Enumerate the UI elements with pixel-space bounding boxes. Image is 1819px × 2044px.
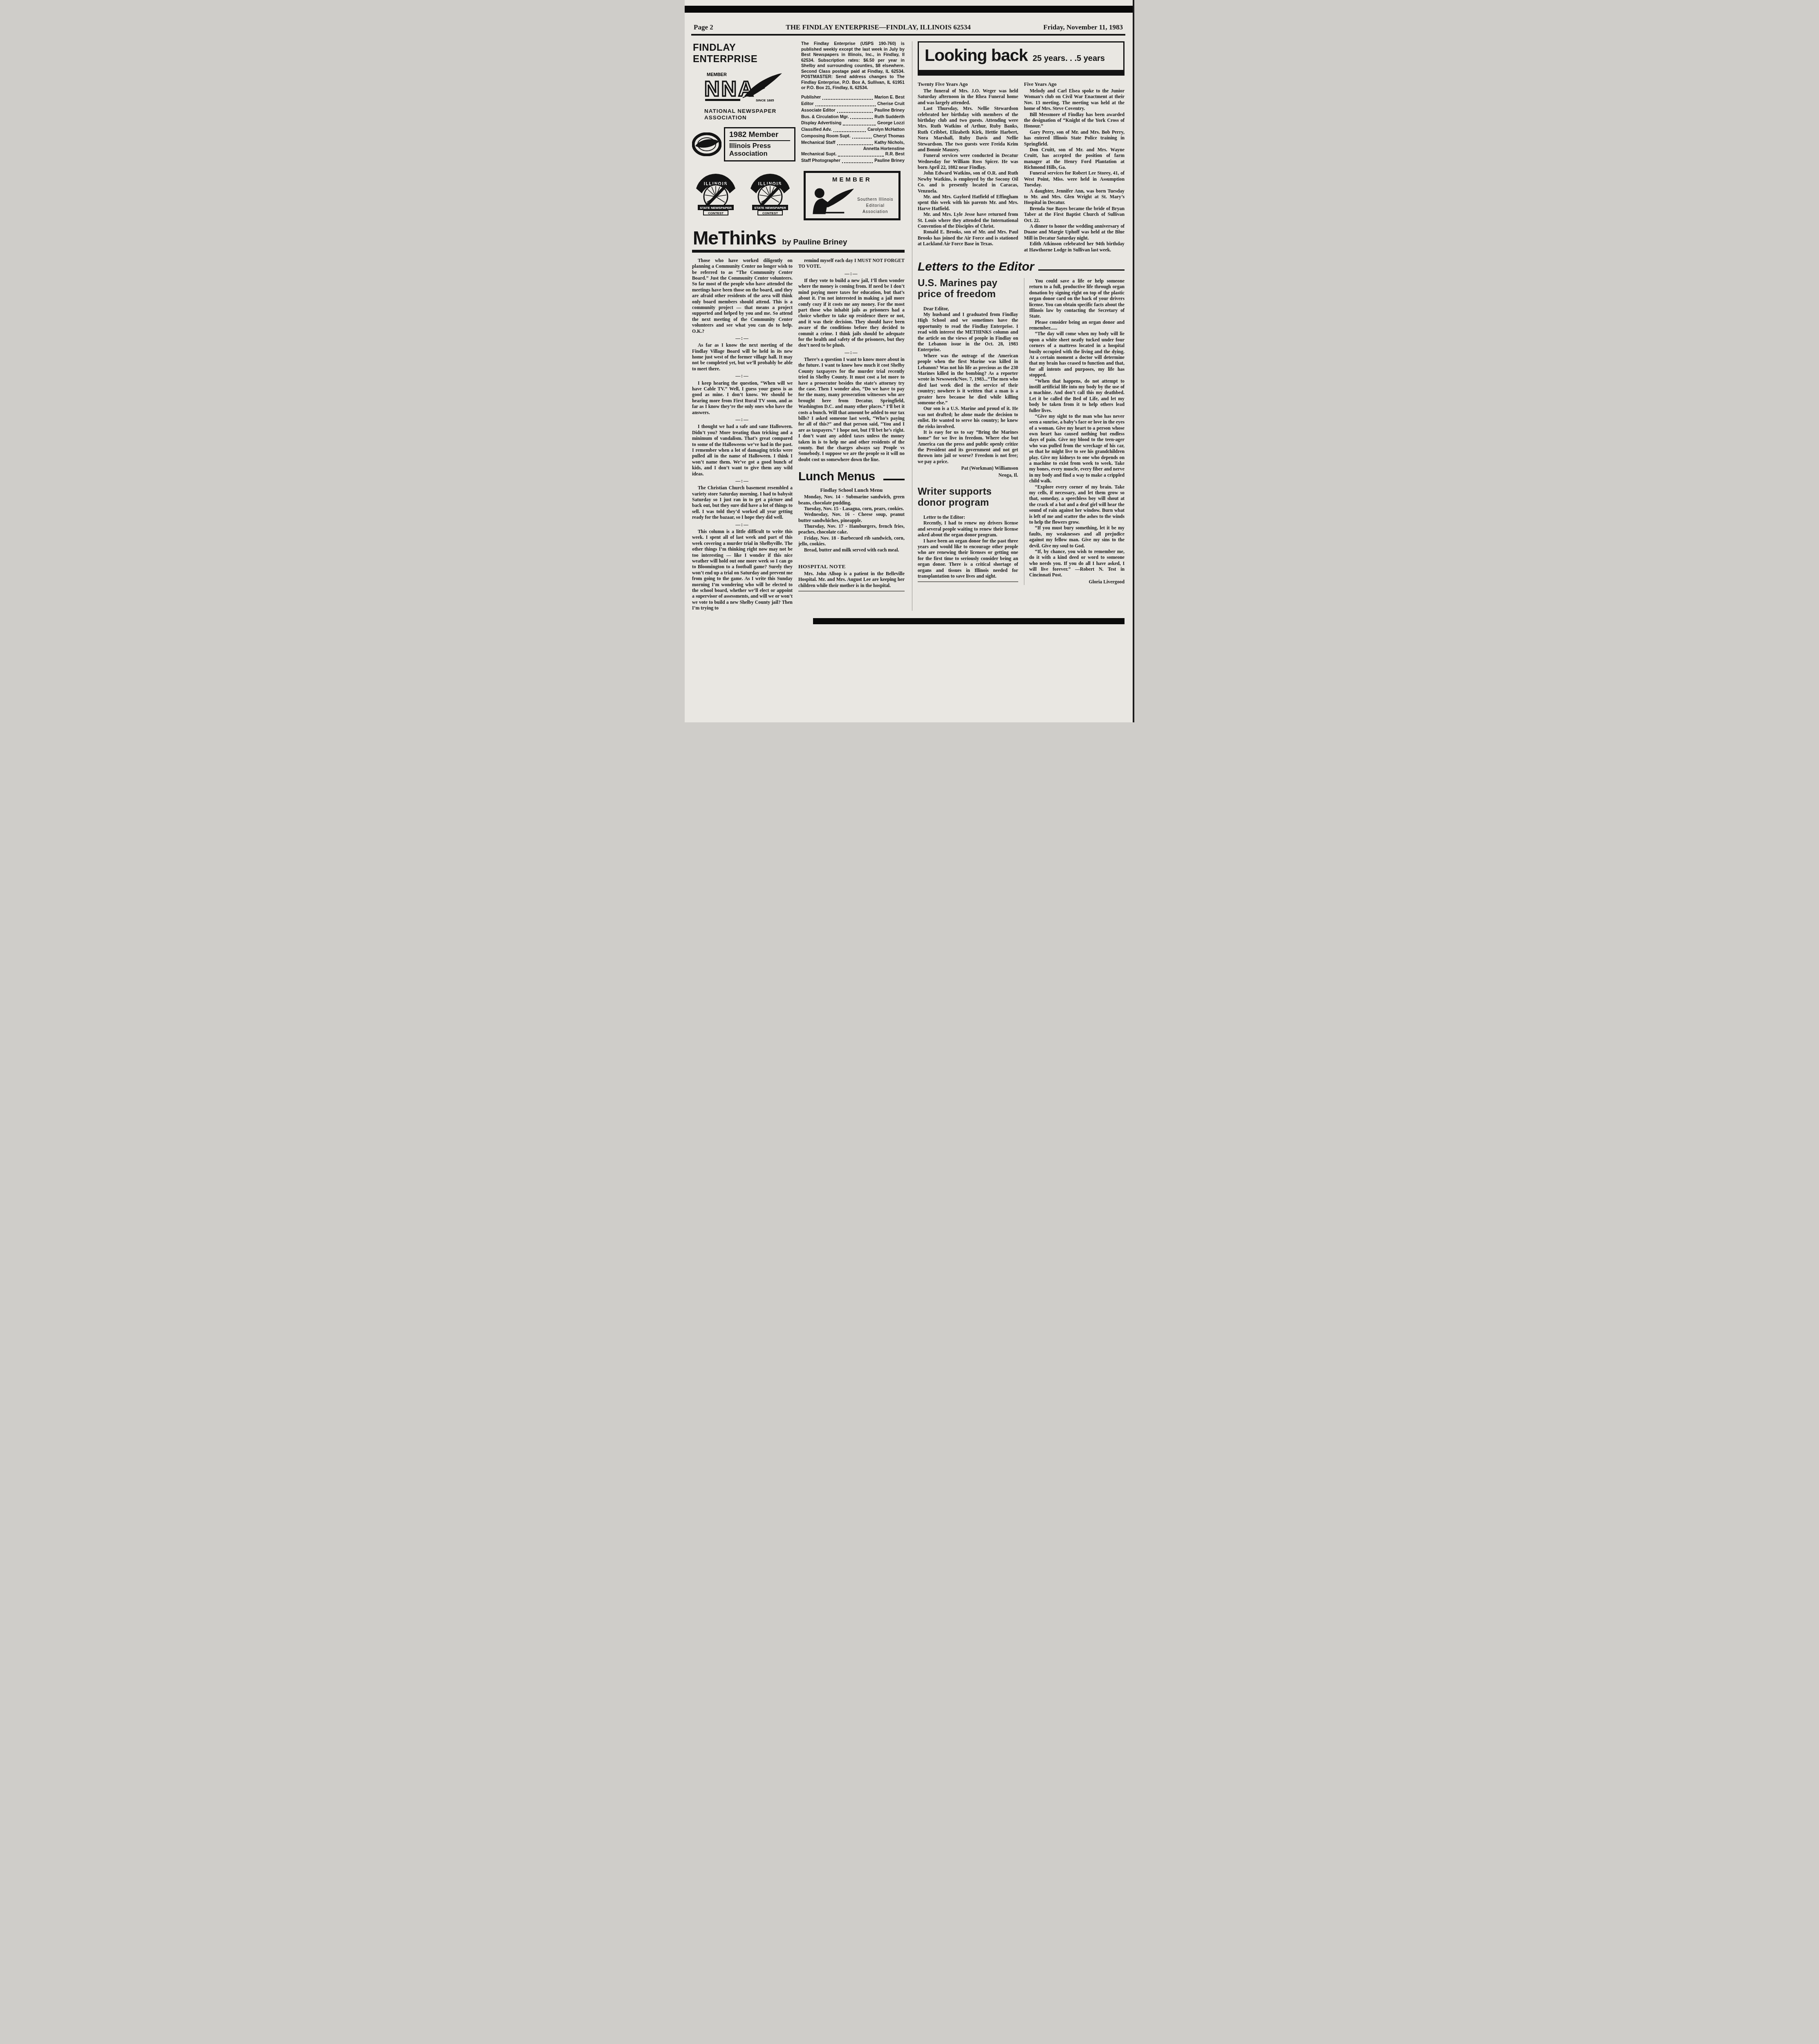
staff-name: Marion E. Best xyxy=(874,94,905,101)
editorial-association-name: Southern Illinois Editorial Association xyxy=(856,197,894,215)
svg-text:STATE NEWSPAPER: STATE NEWSPAPER xyxy=(754,206,786,210)
methinks-column-2: remind myself each day I MUST NOT FORGET… xyxy=(798,258,905,611)
paragraph: You could save a life or help someone re… xyxy=(1029,278,1125,319)
letters-section-header: Letters to the Editor xyxy=(918,260,1125,274)
paragraph: Funeral services were conducted in Decat… xyxy=(918,152,1018,170)
marines-letter-location: Neoga, Il. xyxy=(918,472,1018,478)
letters-header-rule xyxy=(1038,269,1125,271)
looking-back-title: Looking back xyxy=(925,46,1028,65)
page-body: FINDLAY ENTERPRISE MEMBER NNA SINCE 1885… xyxy=(692,41,1125,611)
paragraph: Brenda Sue Bayes became the bride of Bry… xyxy=(1024,206,1125,223)
paragraph: Bill Messmore of Findlay has been awarde… xyxy=(1024,112,1125,129)
staff-list-item: Composing Room Supt. Cheryl Thomas xyxy=(801,133,905,140)
staff-role: Mechanical Staff xyxy=(801,140,836,146)
menu-item: Wednesday, Nov. 16 - Cheese soup, peanut… xyxy=(798,511,905,523)
lunch-menu-subtitle: Findlay School Lunch Menu xyxy=(798,487,905,493)
paragraph: Those who have worked diligently on plan… xyxy=(692,258,793,334)
column-end-rule xyxy=(798,591,905,592)
nna-logo-icon: MEMBER NNA SINCE 1885 xyxy=(703,71,785,106)
writer-quill-icon xyxy=(810,185,855,215)
issue-date: Friday, November 11, 1983 xyxy=(1043,23,1123,31)
twenty-five-years-heading: Twenty Five Years Ago xyxy=(918,81,1018,87)
newspaper-page: Page 2 THE FINDLAY ENTERPRISE—FINDLAY, I… xyxy=(685,0,1134,722)
staff-name: Pauline Briney xyxy=(874,158,905,164)
paragraph: Mr. and Mrs. Lyle Jesse have returned fr… xyxy=(918,211,1018,229)
paragraph: A dinner to honor the wedding anniversar… xyxy=(1024,223,1125,241)
svg-text:MEMBER: MEMBER xyxy=(707,72,727,77)
staff-list-item: Display Advertising George Lozzi xyxy=(801,120,905,127)
paragraph: My husband and I graduated from Findlay … xyxy=(918,312,1018,353)
paragraph: A daughter, Jennifer Ann, was born Tuesd… xyxy=(1024,188,1125,206)
left-half: FINDLAY ENTERPRISE MEMBER NNA SINCE 1885… xyxy=(692,41,905,611)
staff-list: Publisher Marion E. Best Editor xyxy=(801,94,905,164)
staff-list-item: Mechanical Supt. R.R. Best xyxy=(801,151,905,158)
lunch-menus-rule xyxy=(883,479,905,480)
paragraph: John Edward Watkins, son of O.R. and Rut… xyxy=(918,170,1018,194)
staff-name: Carolyn McHatton xyxy=(867,127,905,133)
dot-leader xyxy=(822,99,873,100)
state-newspaper-contest-badge-icon: ILLINOIS STATE NEWSPAPER xyxy=(693,172,739,216)
looking-back-box: Looking back 25 years. . .5 years xyxy=(918,41,1125,76)
paragraph: I keep hearing the question, “When will … xyxy=(692,380,793,415)
dot-leader xyxy=(850,118,873,119)
staff-list-item: Mechanical Staff Kathy Nichols, Annetta … xyxy=(801,140,905,151)
staff-name: Ruth Sudderth xyxy=(874,114,905,121)
staff-name: Cherise Cruit xyxy=(877,101,905,108)
marines-letter-headline: U.S. Marines pay price of freedom xyxy=(918,278,1018,300)
dot-leader xyxy=(843,125,876,126)
right-half: Looking back 25 years. . .5 years Twenty… xyxy=(912,41,1125,611)
methinks-title: MeThinks xyxy=(693,227,776,249)
paragraph: Please consider being an organ donor and… xyxy=(1029,319,1125,331)
donor-letter-signature: Gloria Livergood xyxy=(1029,579,1125,585)
paragraph: Last Thursday, Mrs. Nellie Stewardson ce… xyxy=(918,105,1018,152)
paragraph: —:— xyxy=(692,478,793,484)
methinks-byline: by Pauline Briney xyxy=(782,238,847,247)
paragraph: “When that happens, do not attempt to in… xyxy=(1029,378,1125,413)
marines-letter-signature: Pat (Workman) Williamson xyxy=(918,465,1018,471)
staff-role: Staff Photographer xyxy=(801,158,840,164)
staff-list-item: Classified Adv. Carolyn McHatton xyxy=(801,127,905,133)
illinois-press-association-box: 1982 Member Illinois Press Association xyxy=(724,127,795,161)
svg-text:NNA: NNA xyxy=(704,77,755,101)
header-rule xyxy=(691,34,1125,36)
letters-section-title: Letters to the Editor xyxy=(918,260,1034,274)
column-end-rule xyxy=(918,581,1018,582)
staff-name: Cheryl Thomas xyxy=(873,133,905,140)
twenty-five-years-text: The funeral of Mrs. J.O. Weger was held … xyxy=(918,88,1018,247)
methinks-header: MeThinks by Pauline Briney xyxy=(693,227,905,249)
staff-name: Pauline Briney xyxy=(874,108,905,114)
hospital-note-title: HOSPITAL NOTE xyxy=(798,563,905,570)
lunch-menu-list: Monday, Nov. 14 - Submarine sandwich, gr… xyxy=(798,494,905,553)
paragraph: The Christian Church basement resembled … xyxy=(692,485,793,520)
staff-name: George Lozzi xyxy=(877,120,905,127)
masthead-logos-column: FINDLAY ENTERPRISE MEMBER NNA SINCE 1885… xyxy=(692,41,795,220)
scan-artifact-top-bar xyxy=(685,6,1133,13)
looking-back-subtitle: 25 years. . .5 years xyxy=(1033,54,1105,63)
staff-list-item: Associate Editor Pauline Briney xyxy=(801,108,905,114)
masthead-title: THE FINDLAY ENTERPRISE—FINDLAY, ILLINOIS… xyxy=(713,23,1044,31)
paragraph: —:— xyxy=(692,335,793,341)
staff-list-item: Bus. & Circulation Mgr. Ruth Sudderth xyxy=(801,114,905,121)
staff-role: Publisher xyxy=(801,94,821,101)
paragraph: As far as I know the next meeting of the… xyxy=(692,342,793,372)
dot-leader xyxy=(842,162,873,163)
menu-item: Bread, butter and milk served with each … xyxy=(798,547,905,553)
publication-info: The Findlay Enterprise (USPS 190-760) is… xyxy=(801,41,905,91)
paragraph: “If you must bury something, let it be m… xyxy=(1029,525,1125,549)
staff-role: Associate Editor xyxy=(801,108,836,114)
menu-item: Friday, Nov. 18 - Barbecued rib sandwich… xyxy=(798,535,905,547)
paragraph: “Explore every corner of my brain. Take … xyxy=(1029,484,1125,525)
donor-letter-headline: Writer supports donor program xyxy=(918,486,1018,509)
paragraph: Where was the outrage of the American pe… xyxy=(918,353,1018,406)
paragraph: I have been an organ donor for the past … xyxy=(918,538,1018,579)
dot-leader xyxy=(838,156,883,157)
dot-leader xyxy=(833,131,866,132)
paragraph: If they vote to build a new jail, I’ll t… xyxy=(798,278,905,348)
scan-artifact-bottom-bar xyxy=(813,618,1125,624)
findlay-enterprise-logo: FINDLAY ENTERPRISE xyxy=(693,42,795,65)
nna-org-line1: NATIONAL NEWSPAPER xyxy=(704,108,795,114)
paragraph: —:— xyxy=(798,350,905,355)
staff-role: Classified Adv. xyxy=(801,127,832,133)
staff-role: Display Advertising xyxy=(801,120,842,127)
lunch-menus-header: Lunch Menus xyxy=(798,470,905,484)
paragraph: I thought we had a safe and sane Hallowe… xyxy=(692,424,793,477)
paragraph: Melody and Carl Elsea spoke to the Junio… xyxy=(1024,88,1125,112)
paragraph: —:— xyxy=(798,271,905,276)
menu-item: Monday, Nov. 14 - Submarine sandwich, gr… xyxy=(798,494,905,506)
paragraph: “The day will come when my body will lie… xyxy=(1029,331,1125,378)
methinks-columns: Those who have worked diligently on plan… xyxy=(692,258,905,611)
svg-text:STATE NEWSPAPER: STATE NEWSPAPER xyxy=(700,206,732,210)
contest-badges: ILLINOIS STATE NEWSPAPER xyxy=(693,172,793,216)
svg-text:SINCE 1885: SINCE 1885 xyxy=(756,99,774,102)
svg-text:CONTEST: CONTEST xyxy=(762,211,778,215)
staff-role: Composing Room Supt. xyxy=(801,133,851,140)
page-header: Page 2 THE FINDLAY ENTERPRISE—FINDLAY, I… xyxy=(692,23,1125,34)
letters-left-column: U.S. Marines pay price of freedom Dear E… xyxy=(918,278,1018,585)
paragraph: —:— xyxy=(692,417,793,422)
masthead-info-column: The Findlay Enterprise (USPS 190-760) is… xyxy=(801,41,905,220)
staff-list-item: Staff Photographer Pauline Briney xyxy=(801,158,905,164)
paragraph: The funeral of Mrs. J.O. Weger was held … xyxy=(918,88,1018,105)
paragraph: Dear Editor, xyxy=(918,306,1018,312)
paragraph: remind myself each day I MUST NOT FORGET… xyxy=(798,258,905,269)
state-newspaper-contest-badge-icon: ILLINOIS STATE NEWSPAPER xyxy=(747,172,793,216)
dot-leader xyxy=(852,138,872,139)
staff-list-item: Publisher Marion E. Best xyxy=(801,94,905,101)
paragraph: —:— xyxy=(692,522,793,527)
ipa-org-name: Illinois Press Association xyxy=(729,142,790,158)
methinks-rule xyxy=(692,250,905,253)
looking-back-columns: Twenty Five Years Ago The funeral of Mrs… xyxy=(918,81,1125,253)
paragraph: Funeral services for Robert Lee Storey, … xyxy=(1024,170,1125,188)
letters-columns: U.S. Marines pay price of freedom Dear E… xyxy=(918,278,1125,585)
paragraph: Our son is a U.S. Marine and proud of it… xyxy=(918,406,1018,429)
editorial-association-box: MEMBER Southern Illinois Editorial xyxy=(804,171,901,220)
marines-letter-text: Dear Editor,My husband and I graduated f… xyxy=(918,306,1018,465)
paragraph: Recently, I had to renew my drivers lice… xyxy=(918,520,1018,538)
paragraph: Letter to the Editor: xyxy=(918,514,1018,520)
nna-logo: MEMBER NNA SINCE 1885 NATIONAL NEWSPAPER… xyxy=(703,71,795,121)
staff-role: Editor xyxy=(801,101,814,108)
methinks-column-2-text: remind myself each day I MUST NOT FORGET… xyxy=(798,258,905,462)
eagle-seal-icon xyxy=(692,132,721,156)
paragraph: “If, by chance, you wish to remember me,… xyxy=(1029,549,1125,578)
five-years-column: Five Years Ago Melody and Carl Elsea spo… xyxy=(1024,81,1125,253)
staff-role: Mechanical Supt. xyxy=(801,151,837,158)
dot-leader xyxy=(837,112,873,113)
staff-name: R.R. Best xyxy=(885,151,905,158)
nna-org-line2: ASSOCIATION xyxy=(704,114,795,121)
lunch-menus-title: Lunch Menus xyxy=(798,470,875,484)
dot-leader xyxy=(837,144,873,145)
donor-letter-continuation: You could save a life or help someone re… xyxy=(1029,278,1125,578)
staff-name-extra: Annetta Hortenstine xyxy=(801,146,905,151)
paragraph: This column is a little difficult to wri… xyxy=(692,529,793,611)
donor-letter-text: Letter to the Editor:Recently, I had to … xyxy=(918,514,1018,579)
staff-role: Bus. & Circulation Mgr. xyxy=(801,114,849,121)
twenty-five-years-column: Twenty Five Years Ago The funeral of Mrs… xyxy=(918,81,1018,253)
paragraph: It is easy for us to say “Bring the Mari… xyxy=(918,429,1018,464)
paragraph: There’s a question I want to know more a… xyxy=(798,356,905,462)
paragraph: Don Cruitt, son of Mr. and Mrs. Wayne Cr… xyxy=(1024,147,1125,170)
menu-item: Tuesday, Nov. 15 - Lasagna, corn, pears,… xyxy=(798,506,905,511)
hospital-note-text: Mrs. John Allsop is a patient in the Bel… xyxy=(798,571,905,588)
five-years-heading: Five Years Ago xyxy=(1024,81,1125,87)
paragraph: “Give my sight to the man who has never … xyxy=(1029,413,1125,484)
ipa-member-year: 1982 Member xyxy=(729,130,790,141)
dot-leader xyxy=(815,105,876,106)
member-label: MEMBER xyxy=(810,176,894,183)
staff-name: Kathy Nichols, xyxy=(874,140,905,146)
staff-list-item: Editor Cherise Cruit xyxy=(801,101,905,108)
svg-text:CONTEST: CONTEST xyxy=(708,211,724,215)
menu-item: Thursday, Nov. 17 - Hamburgers, french f… xyxy=(798,523,905,535)
paragraph: Gary Perry, son of Mr. and Mrs. Bob Perr… xyxy=(1024,129,1125,147)
paragraph: —:— xyxy=(692,373,793,379)
page-number: Page 2 xyxy=(694,23,713,31)
masthead-block: FINDLAY ENTERPRISE MEMBER NNA SINCE 1885… xyxy=(692,41,905,220)
paragraph: Ronald E. Brooks, son of Mr. and Mrs. Pa… xyxy=(918,229,1018,247)
press-association-row: 1982 Member Illinois Press Association xyxy=(692,127,795,161)
five-years-text: Melody and Carl Elsea spoke to the Junio… xyxy=(1024,88,1125,253)
paragraph: Mr. and Mrs. Gaylord Hatfield of Effingh… xyxy=(918,194,1018,211)
letters-right-column: You could save a life or help someone re… xyxy=(1024,278,1125,585)
paragraph: Edith Atkinson celebrated her 94th birth… xyxy=(1024,241,1125,253)
methinks-column-1: Those who have worked diligently on plan… xyxy=(692,258,793,611)
